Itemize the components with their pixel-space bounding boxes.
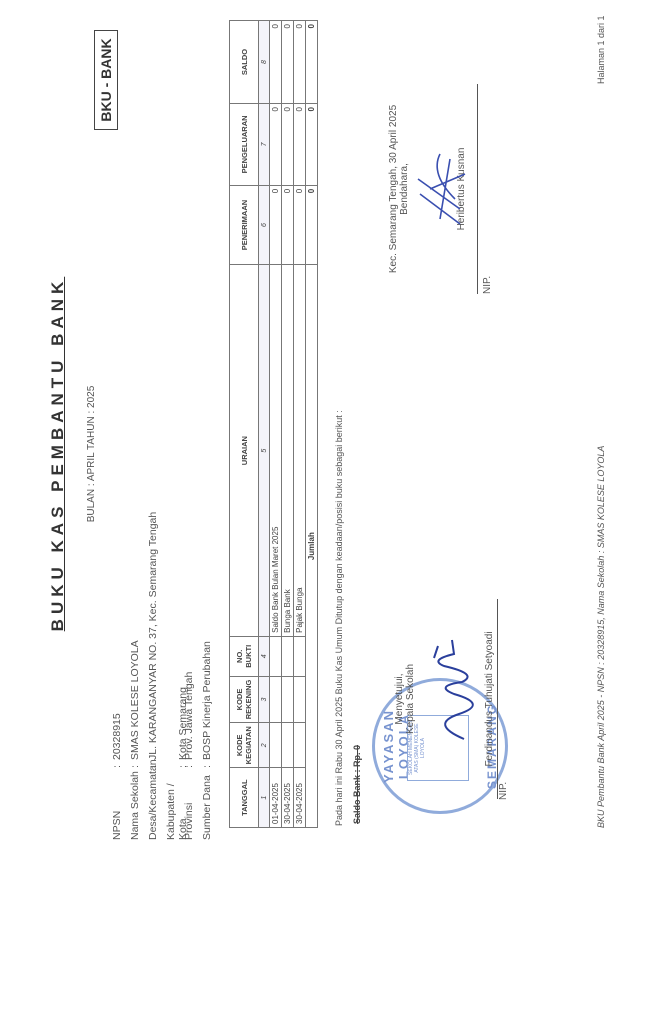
footer-document-info: BKU Pembantu Bank April 2025 - NPSN : 20… xyxy=(596,446,606,828)
cell-uraian: Saldo Bank Bulan Maret 2025 xyxy=(270,265,282,637)
column-number: 4 xyxy=(259,636,270,676)
column-number: 6 xyxy=(259,185,270,265)
document-page: BUKU KAS PEMBANTU BANK BULAN : APRIL TAH… xyxy=(0,0,670,1024)
cell-kode-kegiatan xyxy=(282,723,294,768)
cell-kode-rekening xyxy=(282,676,294,723)
info-row-provinsi: Provinsi:Prov. Jawa Tengah xyxy=(183,672,195,840)
info-value: JL. KARANGANYAR NO. 37, Kec. Semarang Te… xyxy=(147,512,159,760)
principal-role: Kepala Sekolah xyxy=(405,584,416,814)
document-period: BULAN : APRIL TAHUN : 2025 xyxy=(86,264,97,644)
cell-kode-rekening xyxy=(294,676,306,723)
cell-saldo: 0 xyxy=(282,21,294,104)
bku-bank-badge: BKU - BANK xyxy=(94,30,118,130)
info-row-desa-kecamatan: Desa/Kecamatan:JL. KARANGANYAR NO. 37, K… xyxy=(147,512,159,840)
document-title: BUKU KAS PEMBANTU BANK xyxy=(48,264,68,644)
treasurer-nip: NIP. xyxy=(482,74,493,304)
total-pengeluaran: 0 xyxy=(306,104,318,186)
header-penerimaan: PENERIMAAN xyxy=(230,185,259,265)
cell-kode-kegiatan xyxy=(270,723,282,768)
table-row: 30-04-2025 Pajak Bunga 0 0 0 xyxy=(294,21,306,828)
cell-pengeluaran: 0 xyxy=(294,104,306,186)
column-number: 3 xyxy=(259,676,270,723)
info-value: BOSP Kinerja Perubahan xyxy=(201,641,213,760)
column-number-row: 1 2 3 4 5 6 7 8 xyxy=(259,21,270,828)
cell-penerimaan: 0 xyxy=(282,185,294,265)
info-row-sumber-dana: Sumber Dana:BOSP Kinerja Perubahan xyxy=(201,641,213,840)
table-row: 30-04-2025 Bunga Bank 0 0 0 xyxy=(282,21,294,828)
cell-tanggal: 30-04-2025 xyxy=(294,768,306,828)
info-row-npsn: NPSN:20328915 xyxy=(111,713,123,840)
cell-tanggal: 30-04-2025 xyxy=(282,768,294,828)
info-label: NPSN xyxy=(111,768,123,840)
cell-saldo: 0 xyxy=(294,21,306,104)
header-pengeluaran: PENGELUARAN xyxy=(230,104,259,186)
closing-statement: Pada hari ini Rabu 30 April 2025 Buku Ka… xyxy=(334,410,344,826)
total-label: Jumlah xyxy=(306,265,318,828)
header-kode-rekening: KODE REKENING xyxy=(230,676,259,723)
header-tanggal: TANGGAL xyxy=(230,768,259,828)
table-row: 01-04-2025 Saldo Bank Bulan Maret 2025 0… xyxy=(270,21,282,828)
column-number: 5 xyxy=(259,265,270,637)
signature-block-principal: Menyetujui, Kepala Sekolah Ferdinandus T… xyxy=(380,584,509,814)
cell-uraian: Bunga Bank xyxy=(282,265,294,637)
info-value: Prov. Jawa Tengah xyxy=(183,672,195,760)
info-label: Nama Sekolah xyxy=(129,768,141,840)
cell-tanggal: 01-04-2025 xyxy=(270,768,282,828)
signature-block-treasurer: Kec. Semarang Tengah, 30 April 2025 Bend… xyxy=(388,74,493,304)
cell-no-bukti xyxy=(282,636,294,676)
column-number: 7 xyxy=(259,104,270,186)
cell-kode-rekening xyxy=(270,676,282,723)
treasurer-role: Bendahara, xyxy=(399,74,410,304)
table-header-row: TANGGAL KODE KEGIATAN KODE REKENING NO. … xyxy=(230,21,259,828)
column-number: 2 xyxy=(259,723,270,768)
approval-label: Menyetujui, xyxy=(394,584,405,814)
cell-saldo: 0 xyxy=(270,21,282,104)
total-row: Jumlah 0 0 0 xyxy=(306,21,318,828)
info-row-nama-sekolah: Nama Sekolah:SMAS KOLESE LOYOLA xyxy=(129,640,141,840)
info-label: Desa/Kecamatan xyxy=(147,768,159,840)
bku-table: TANGGAL KODE KEGIATAN KODE REKENING NO. … xyxy=(229,20,318,828)
cell-no-bukti xyxy=(270,636,282,676)
place-date: Kec. Semarang Tengah, 30 April 2025 xyxy=(388,74,399,304)
column-number: 1 xyxy=(259,768,270,828)
cell-penerimaan: 0 xyxy=(294,185,306,265)
cell-pengeluaran: 0 xyxy=(270,104,282,186)
header-uraian: URAIAN xyxy=(230,265,259,637)
cell-penerimaan: 0 xyxy=(270,185,282,265)
principal-name: Ferdinandus Tuhujati Setyoadi xyxy=(484,584,495,814)
cell-no-bukti xyxy=(294,636,306,676)
header-saldo: SALDO xyxy=(230,21,259,104)
header-kode-kegiatan: KODE KEGIATAN xyxy=(230,723,259,768)
cell-uraian: Pajak Bunga xyxy=(294,265,306,637)
principal-nip: NIP. xyxy=(498,584,509,814)
saldo-bank: Saldo Bank : Rp. 0 xyxy=(352,745,362,824)
cell-pengeluaran: 0 xyxy=(282,104,294,186)
principal-signature-icon xyxy=(424,634,484,744)
info-value: SMAS KOLESE LOYOLA xyxy=(129,640,141,760)
footer-page-number: Halaman 1 dari 1 xyxy=(596,15,606,84)
header-no-bukti: NO. BUKTI xyxy=(230,636,259,676)
info-label: Sumber Dana xyxy=(201,768,213,840)
info-label: Provinsi xyxy=(183,768,195,840)
column-number: 8 xyxy=(259,21,270,104)
info-value: 20328915 xyxy=(111,713,123,760)
cell-kode-kegiatan xyxy=(294,723,306,768)
total-penerimaan: 0 xyxy=(306,185,318,265)
total-saldo: 0 xyxy=(306,21,318,104)
treasurer-signature-icon xyxy=(410,134,470,234)
